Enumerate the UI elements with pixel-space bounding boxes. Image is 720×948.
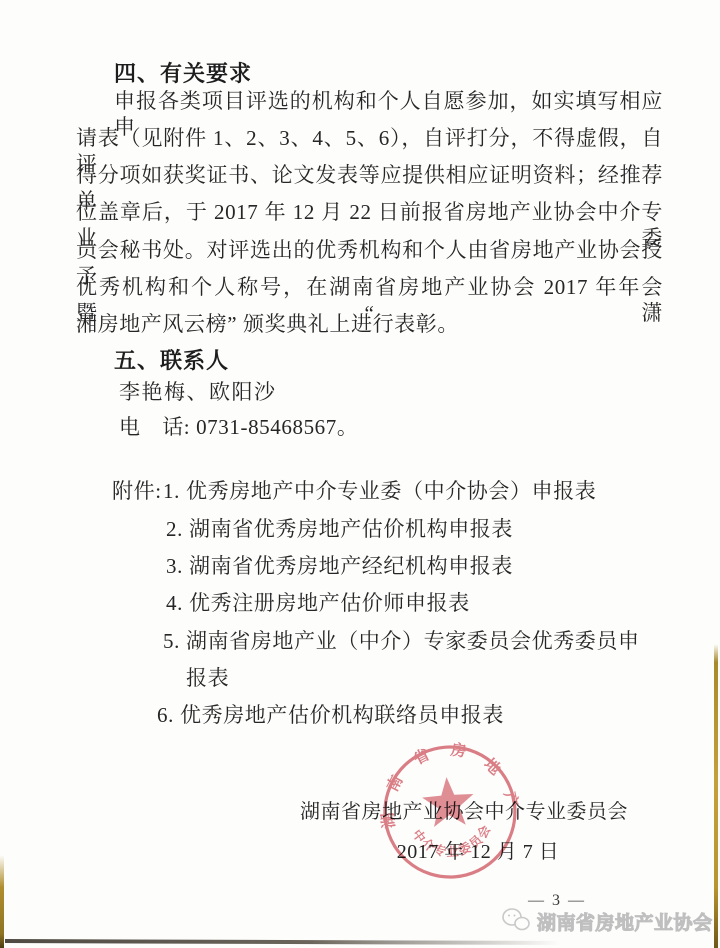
attachment-number: 3. (166, 553, 189, 579)
attachment-item: 4.优秀注册房地产估价师申报表 (166, 590, 470, 616)
attachment-number: 1. (163, 478, 186, 504)
attachment-item-continuation: 报表 (186, 665, 229, 691)
seal-star-icon (421, 775, 476, 827)
scan-edge-bottom (5, 939, 560, 945)
body-line: 湘房地产风云榜” 颁奖典礼上进行表彰。 (76, 311, 459, 337)
document-page: { "document": { "section_requirements": … (0, 0, 720, 948)
attachment-text: 优秀房地产估价机构联络员申报表 (180, 703, 504, 727)
attachment-item: 6.优秀房地产估价机构联络员申报表 (157, 702, 504, 728)
wechat-logo-icon (501, 907, 531, 933)
attachment-number: 2. (166, 516, 189, 542)
seal-bottom-text: 中介专业委员会 (409, 821, 496, 861)
attachments-label: 附件: (112, 478, 162, 504)
attachment-number: 6. (157, 702, 180, 728)
attachment-item: 2.湖南省优秀房地产估价机构申报表 (166, 516, 513, 542)
contact-names: 李艳梅、欧阳沙 (119, 379, 277, 405)
attachment-text: 湖南省优秀房地产经纪机构申报表 (189, 554, 513, 578)
attachment-item: 3.湖南省优秀房地产经纪机构申报表 (166, 553, 513, 579)
attachment-number: 5. (163, 628, 186, 654)
attachment-text: 湖南省优秀房地产估价机构申报表 (189, 517, 513, 541)
section-requirements-heading: 四、有关要求 (114, 57, 252, 88)
attachment-item: 1.优秀房地产中介专业委（中介协会）申报表 (163, 478, 596, 504)
official-seal-stamp: 湖南省房地产业协会 中介专业委员会 (372, 733, 528, 893)
contact-phone: 电 话: 0731-85468567。 (119, 414, 358, 440)
attachment-text: 优秀房地产中介专业委（中介协会）申报表 (186, 479, 596, 503)
svg-text:中介专业委员会: 中介专业委员会 (409, 821, 496, 861)
attachment-text: 湖南省房地产业（中介）专家委员会优秀委员申 (186, 629, 640, 653)
section-contacts-heading: 五、联系人 (114, 344, 229, 375)
attachment-item: 5.湖南省房地产业（中介）专家委员会优秀委员申 (163, 628, 640, 654)
scan-edge-right (714, 644, 718, 948)
attachment-text: 优秀注册房地产估价师申报表 (189, 591, 470, 615)
attachment-number: 4. (166, 590, 189, 616)
footer-watermark-text: 湖南省房地产业协会 (537, 908, 713, 935)
scan-edge-left (0, 855, 4, 948)
